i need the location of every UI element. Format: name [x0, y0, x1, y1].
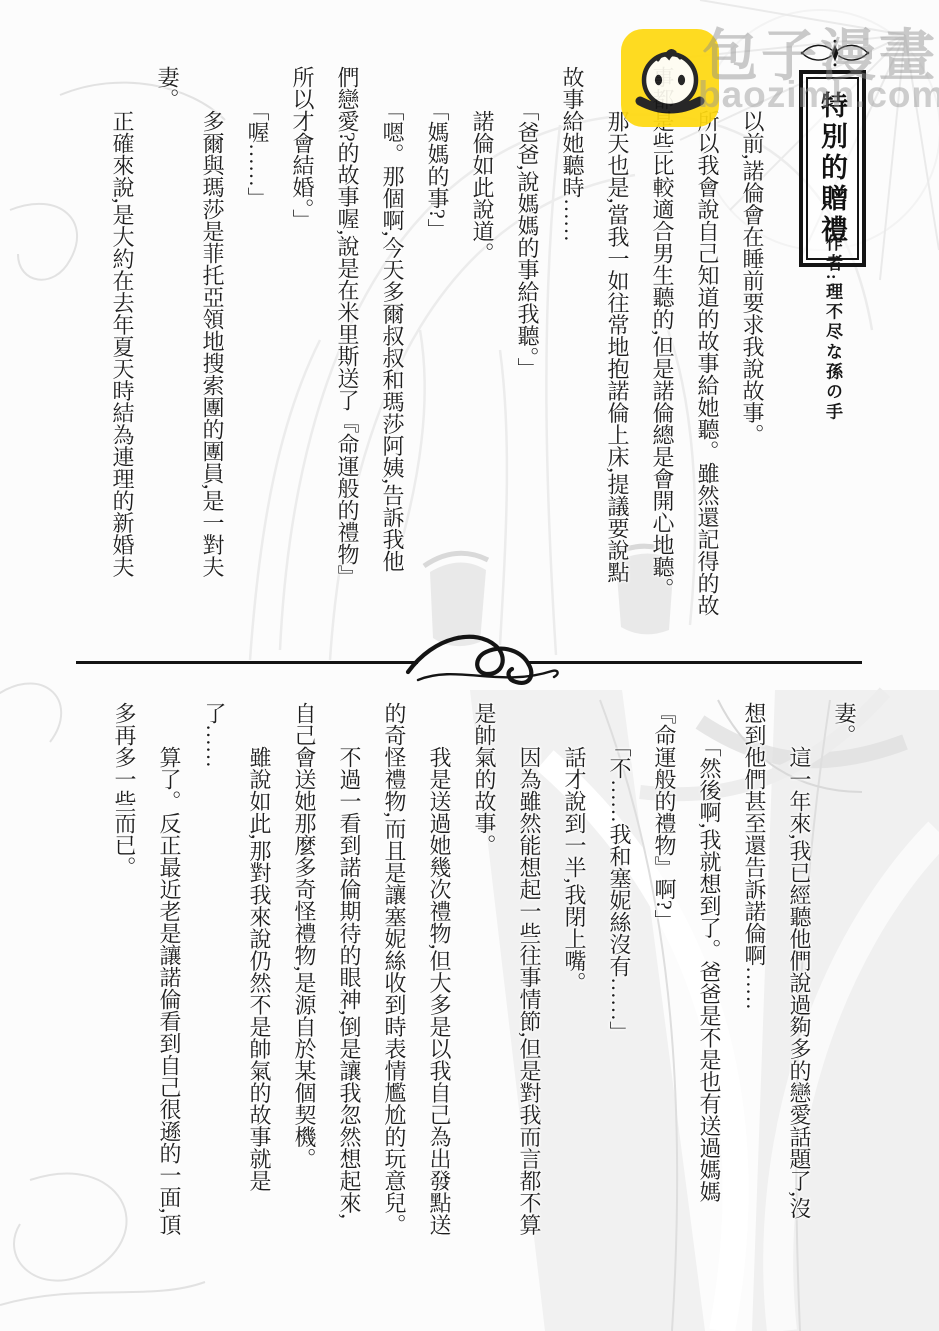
text-column: 算了。反正最近老是讓諾倫看到自己很遜的一面,頂: [147, 702, 192, 1328]
text-column: 正確來說,是大約在去年夏天時結為連理的新婚夫: [100, 66, 145, 660]
text-column: 所以我會說自己知道的故事給她聽。雖然還記得的故: [685, 66, 730, 660]
text-column: 不過一看到諾倫期待的眼神,倒是讓我忽然想起來,: [327, 702, 372, 1328]
text-column: 那天也是,當我一如往常地抱諾倫上床,提議要說點: [595, 66, 640, 660]
text-column: 雖說如此,那對我來說仍然不是帥氣的故事就是: [237, 702, 282, 1328]
text-column: 妻。: [145, 66, 190, 660]
text-column: 所以才會結婚。」: [280, 66, 325, 660]
text-column: 的奇怪禮物,而且是讓塞妮絲收到時表情尷尬的玩意兒。: [372, 702, 417, 1328]
text-column: 了……: [192, 702, 237, 1328]
author-credit: 作者:理不尽な孫の手: [820, 234, 845, 423]
bottom-text-block: 妻。 這一年來,我已經聽他們說過夠多的戀愛話題了,沒 想到他們甚至還告訴諾倫啊……: [102, 702, 867, 1328]
text-column: 故事給她聽時……: [550, 66, 595, 660]
novel-page: 特別的贈禮 作者:理不尽な孫の手 以前,諾倫會在睡前要求我說故事。 所以我會說自…: [0, 0, 939, 1331]
text-column: 是帥氣的故事。: [462, 702, 507, 1328]
text-column: 「嗯。那個啊,今天多爾叔叔和瑪莎阿姨,告訴我他: [370, 66, 415, 660]
title-ornament-icon: [797, 38, 873, 68]
text-column: 「媽媽的事?」: [415, 66, 460, 660]
text-column: 想到他們甚至還告訴諾倫啊……: [732, 702, 777, 1328]
chapter-title: 特別的贈禮: [806, 77, 859, 260]
section-divider-line: [528, 661, 862, 664]
text-column: 自己會送她那麼多奇怪禮物,是源自於某個契機。: [282, 702, 327, 1328]
text-column: 以前,諾倫會在睡前要求我說故事。: [730, 66, 775, 660]
text-column: 妻。: [822, 702, 867, 1328]
text-column: 們戀愛?的故事喔,說是在米里斯送了『命運般的禮物』: [325, 66, 370, 660]
top-text-block: 以前,諾倫會在睡前要求我說故事。 所以我會說自己知道的故事給她聽。雖然還記得的故…: [100, 66, 775, 660]
text-column: 『命運般的禮物』啊?」: [642, 702, 687, 1328]
text-column: 「爸爸,說媽媽的事給我聽。」: [505, 66, 550, 660]
text-column: 我是送過她幾次禮物,但大多是以我自己為出發點送: [417, 702, 462, 1328]
text-column: 話才說到一半,我閉上嘴。: [552, 702, 597, 1328]
text-column: 「喔……」: [235, 66, 280, 660]
text-column: 諾倫如此說道。: [460, 66, 505, 660]
text-column: 因為雖然能想起一些往事情節,但是對我而言都不算: [507, 702, 552, 1328]
text-column: 多爾與瑪莎是菲托亞領地搜索團的團員,是一對夫: [190, 66, 235, 660]
text-column: 這一年來,我已經聽他們說過夠多的戀愛話題了,沒: [777, 702, 822, 1328]
text-column: 多再多一些而已。: [102, 702, 147, 1328]
text-column: 「然後啊,我就想到了。爸爸是不是也有送過媽媽: [687, 702, 732, 1328]
text-column: 「不……我和塞妮絲沒有……」: [597, 702, 642, 1328]
divider-flourish-icon: [400, 620, 570, 700]
text-column: 事都是些比較適合男生聽的,但是諾倫總是會開心地聽。: [640, 66, 685, 660]
section-divider-line: [76, 661, 418, 664]
